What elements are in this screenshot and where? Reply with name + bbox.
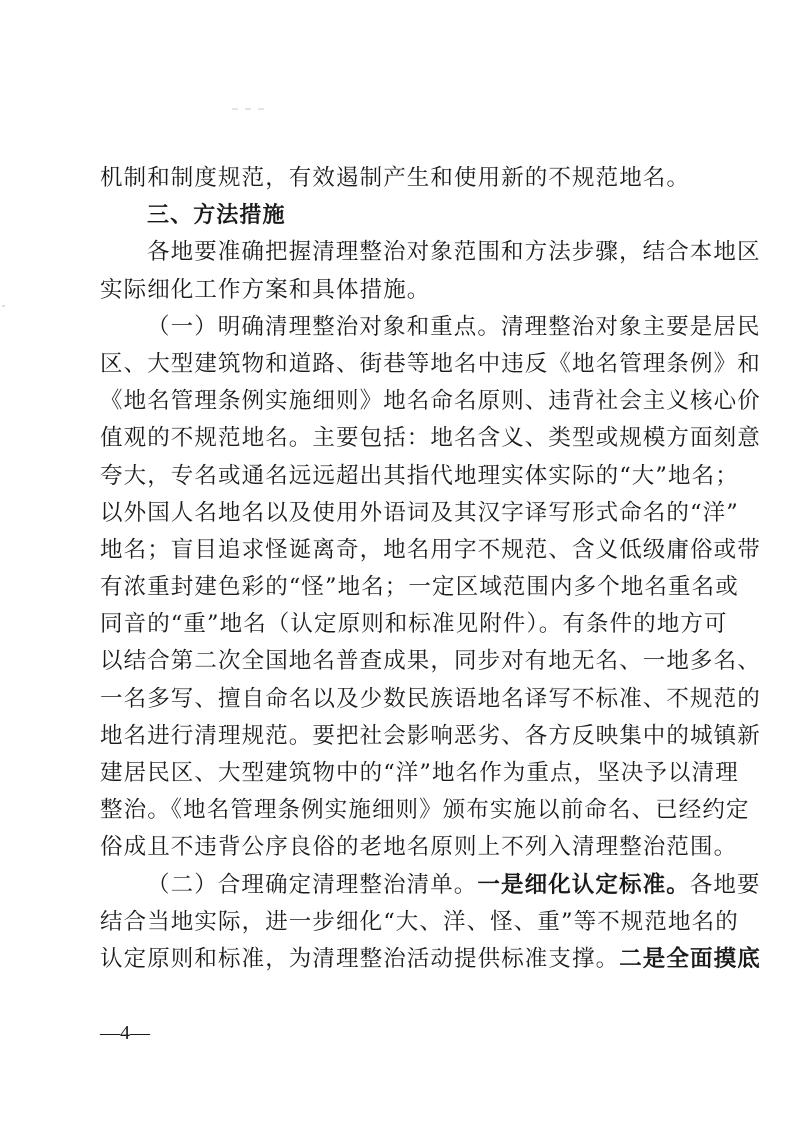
body-text-line: 地名进行清理规范。要把社会影响恶劣、各方反映集中的城镇新 [100,718,692,755]
body-text-line: 《地名管理条例实施细则》地名命名原则、违背社会主义核心价 [100,383,692,420]
body-text-line: 地名；盲目追求怪诞离奇，地名用字不规范、含义低级庸俗或带 [100,532,692,569]
subsection-paragraph-start: （一）明确清理整治对象和重点。清理整治对象主要是居民 [100,309,692,346]
body-text-line: 夸大，专名或通名远远超出其指代地理实体实际的“大”地名； [100,458,692,495]
bold-point-two: 二是全面摸底 [619,941,761,978]
body-text-line: 实际细化工作方案和具体措施。 [100,272,692,309]
scan-artifact-dots [232,95,272,99]
body-text-line: 有浓重封建色彩的“怪”地名；一定区域范围内多个地名重名或 [100,569,692,606]
body-text-line: 一名多写、擅自命名以及少数民族语地名译写不标准、不规范的 [100,681,692,718]
body-text-line: 建居民区、大型建筑物中的“洋”地名作为重点，坚决予以清理 [100,755,692,792]
scan-edge-mark [2,305,5,307]
subsection-title: （二）合理确定清理整治清单。 [147,867,477,904]
body-text-fragment: 各地要 [690,867,761,904]
body-text-line: 各地要准确把握清理整治对象范围和方法步骤，结合本地区 [100,234,692,271]
body-text-line: 结合当地实际，进一步细化“大、洋、怪、重”等不规范地名的 [100,904,692,941]
section-heading: 三、方法措施 [100,197,692,234]
document-page: 机制和制度规范，有效遏制产生和使用新的不规范地名。 三、方法措施 各地要准确把握… [100,160,692,978]
body-text-line: 区、大型建筑物和道路、街巷等地名中违反《地名管理条例》和 [100,346,692,383]
body-text-line: 同音的“重”地名（认定原则和标准见附件）。有条件的地方可 [100,606,692,643]
body-text-line: 以结合第二次全国地名普查成果，同步对有地无名、一地多名、 [100,643,692,680]
subsection-paragraph-start: （二）合理确定清理整治清单。一是细化认定标准。各地要 [100,867,692,904]
bold-point-one: 一是细化认定标准。 [477,867,689,904]
body-text-line: 整治。《地名管理条例实施细则》颁布实施以前命名、已经约定 [100,792,692,829]
body-text-line: 值观的不规范地名。主要包括：地名含义、类型或规模方面刻意 [100,420,692,457]
body-text-line: 以外国人名地名以及使用外语词及其汉字译写形式命名的“洋” [100,495,692,532]
body-text-line: 机制和制度规范，有效遏制产生和使用新的不规范地名。 [100,160,692,197]
body-text-line: 俗成且不违背公序良俗的老地名原则上不列入清理整治范围。 [100,829,692,866]
page-number: —4— [100,1022,150,1045]
body-text-fragment: 认定原则和标准，为清理整治活动提供标准支撑。 [100,941,619,978]
body-text-line: 认定原则和标准，为清理整治活动提供标准支撑。二是全面摸底 [100,941,692,978]
